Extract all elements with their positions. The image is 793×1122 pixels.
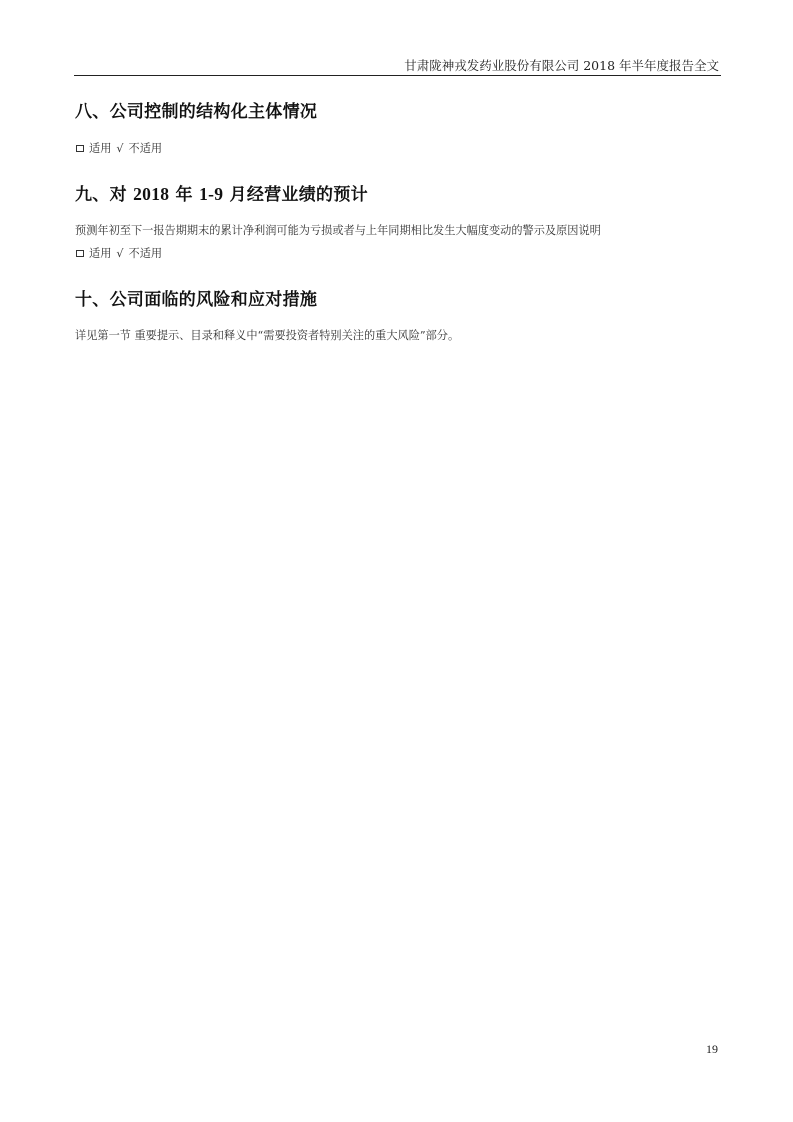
heading-prefix: 九、对 [75, 185, 133, 205]
applicability-options-9: 适用 √ 不适用 [75, 245, 167, 261]
option-applicable: 适用 [89, 140, 111, 156]
heading-suffix: 月经营业绩的预计 [223, 185, 368, 205]
section-heading-8: 八、公司控制的结构化主体情况 [75, 97, 317, 122]
option-applicable: 适用 [89, 245, 111, 261]
page-header: 甘肃陇神戎发药业股份有限公司 2018 年半年度报告全文 [74, 56, 719, 76]
heading-mid: 年 [169, 185, 199, 205]
section-heading-9: 九、对 2018 年 1-9 月经营业绩的预计 [75, 180, 368, 205]
applicability-options-8: 适用 √ 不适用 [75, 140, 167, 156]
header-divider [74, 75, 721, 76]
checkbox-empty-icon [76, 145, 84, 152]
option-not-applicable: 不适用 [129, 140, 163, 156]
section-heading-10: 十、公司面临的风险和应对措施 [75, 285, 317, 310]
checkbox-empty-icon [76, 250, 84, 257]
page-number: 19 [706, 1042, 718, 1057]
option-not-applicable: 不适用 [129, 245, 163, 261]
heading-range: 1-9 [199, 184, 223, 204]
risk-reference-text: 详见第一节 重要提示、目录和释义中“需要投资者特别关注的重大风险”部分。 [75, 327, 459, 343]
heading-year: 2018 [133, 184, 169, 204]
checkmark-icon: √ [116, 247, 123, 260]
forecast-warning-text: 预测年初至下一报告期期末的累计净利润可能为亏损或者与上年同期相比发生大幅度变动的… [75, 222, 601, 238]
checkmark-icon: √ [116, 142, 123, 155]
